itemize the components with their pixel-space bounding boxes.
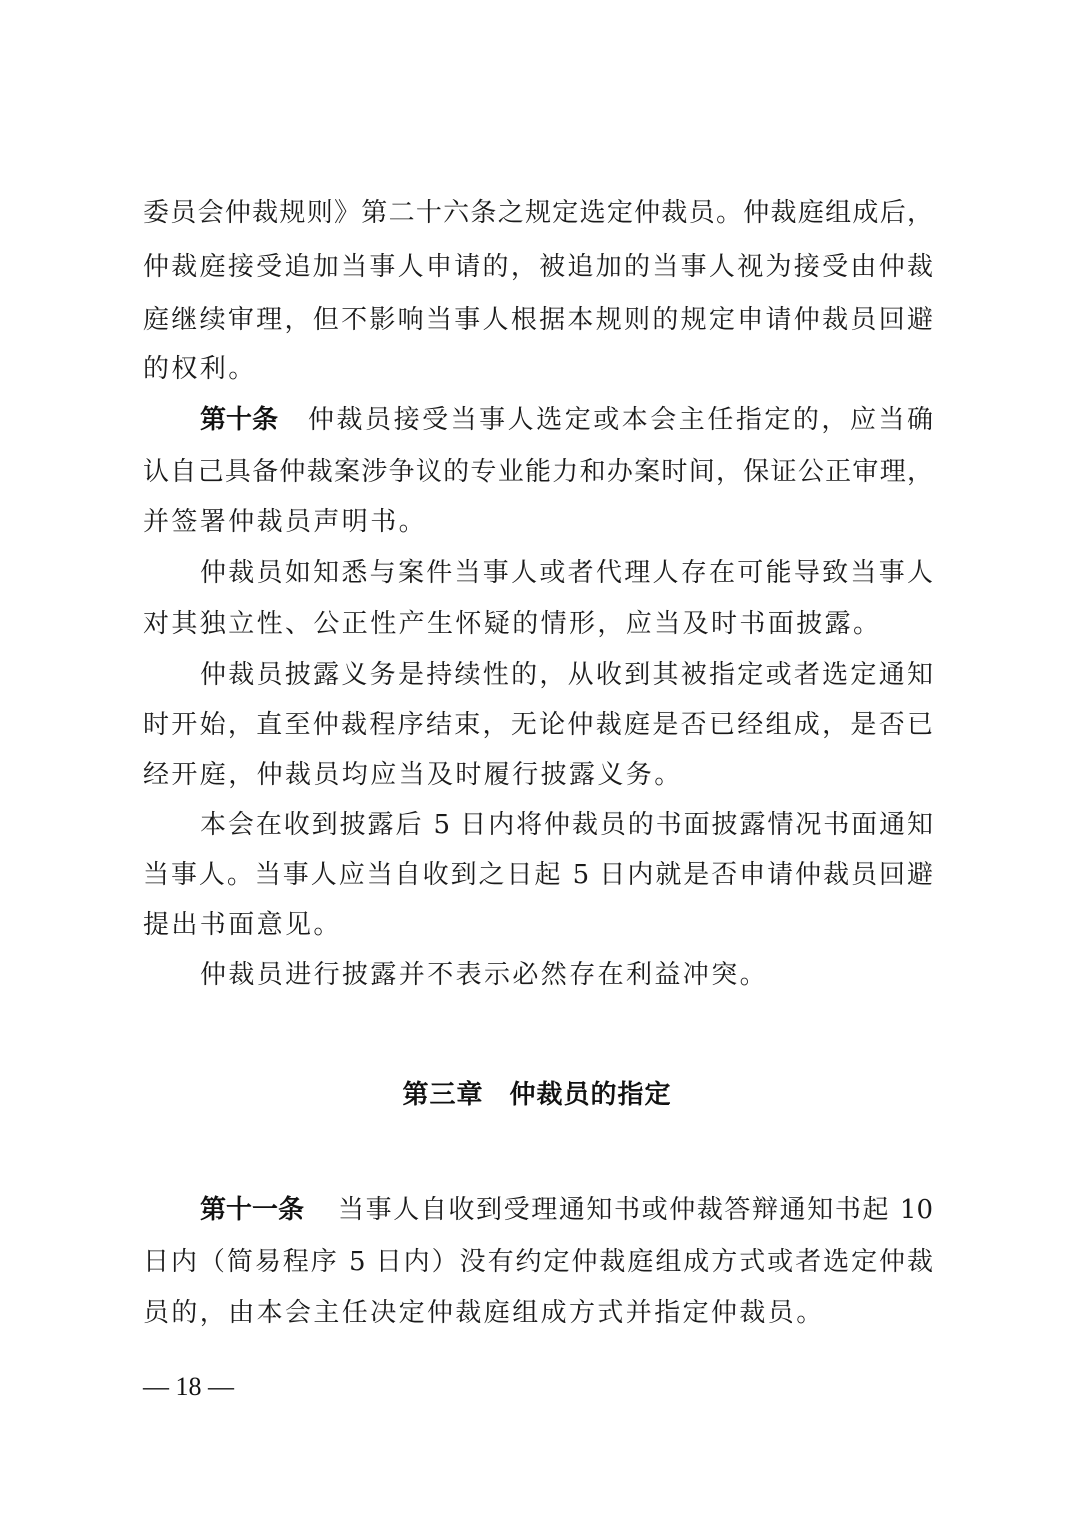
text-line: 提出书面意见。 xyxy=(143,908,933,942)
article-11-first-line: 第十一条 当事人自收到受理通知书或仲裁答辩通知书起 10 xyxy=(200,1193,933,1227)
text-line: 委员会仲裁规则》第二十六条之规定选定仲裁员。仲裁庭组成后， xyxy=(143,196,933,230)
page-number: — 18 — xyxy=(143,1372,234,1402)
text-line: 仲裁员进行披露并不表示必然存在利益冲突。 xyxy=(200,958,933,992)
document-page: 委员会仲裁规则》第二十六条之规定选定仲裁员。仲裁庭组成后， 仲裁庭接受追加当事人… xyxy=(0,0,1074,1520)
text-line: 当事人。当事人应当自收到之日起 5 日内就是否申请仲裁员回避 xyxy=(143,858,933,892)
chapter-title: 仲裁员的指定 xyxy=(510,1080,672,1110)
text-line: 仲裁员披露义务是持续性的，从收到其被指定或者选定通知 xyxy=(200,658,933,692)
text-line: 日内（简易程序 5 日内）没有约定仲裁庭组成方式或者选定仲裁 xyxy=(143,1245,933,1279)
text-line: 时开始，直至仲裁程序结束，无论仲裁庭是否已经组成，是否已 xyxy=(143,708,933,742)
chapter-heading: 第三章仲裁员的指定 xyxy=(0,1074,1074,1111)
text-line: 员的，由本会主任决定仲裁庭组成方式并指定仲裁员。 xyxy=(143,1296,933,1330)
text-line: 本会在收到披露后 5 日内将仲裁员的书面披露情况书面通知 xyxy=(200,808,933,842)
article-label: 第十条 xyxy=(200,403,278,437)
text-line: 经开庭，仲裁员均应当及时履行披露义务。 xyxy=(143,758,933,792)
text-line: 仲裁员接受当事人选定或本会主任指定的，应当确 xyxy=(308,403,933,437)
text-line: 仲裁庭接受追加当事人申请的，被追加的当事人视为接受由仲裁 xyxy=(143,250,933,284)
text-line: 的权利。 xyxy=(143,352,933,386)
text-line: 认自己具备仲裁案涉争议的专业能力和办案时间，保证公正审理， xyxy=(143,455,933,489)
text-line: 对其独立性、公正性产生怀疑的情形，应当及时书面披露。 xyxy=(143,607,933,641)
article-10-first-line: 第十条 仲裁员接受当事人选定或本会主任指定的，应当确 xyxy=(200,403,933,437)
article-label: 第十一条 xyxy=(200,1193,304,1227)
text-line: 庭继续审理，但不影响当事人根据本规则的规定申请仲裁员回避 xyxy=(143,303,933,337)
text-line: 并签署仲裁员声明书。 xyxy=(143,505,933,539)
text-line: 当事人自收到受理通知书或仲裁答辩通知书起 10 xyxy=(338,1193,933,1227)
chapter-number: 第三章 xyxy=(402,1080,483,1110)
text-line: 仲裁员如知悉与案件当事人或者代理人存在可能导致当事人 xyxy=(200,556,933,590)
